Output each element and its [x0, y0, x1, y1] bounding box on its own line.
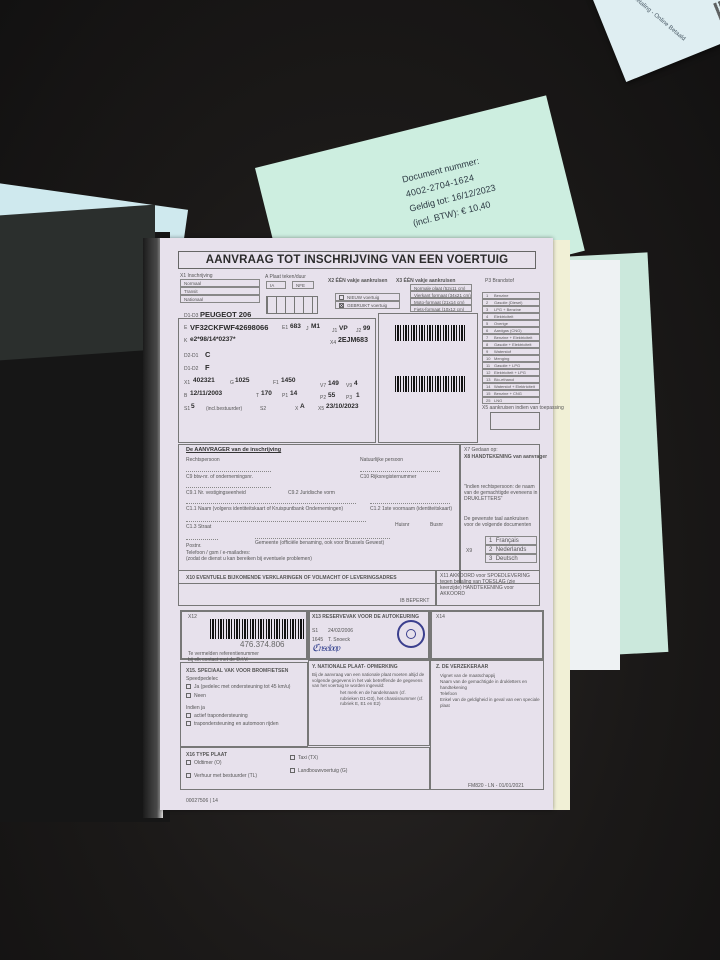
x14-section [430, 610, 544, 660]
language-option-francais[interactable]: 1 Français [485, 536, 537, 545]
x8-label: X8 HANDTEKENING van aanvrager [464, 454, 547, 460]
d1-d2-value: F [205, 363, 210, 372]
x12-label: X12 [188, 614, 197, 620]
y-text: Bij de aanvraag van een nationale plaat … [312, 672, 427, 689]
p1-label: P1 [282, 393, 288, 399]
background-paper-top-right: Voor Aanbetaling - Online Betaald [585, 0, 720, 82]
x1-value: 402321 [193, 377, 215, 384]
c9-input[interactable] [186, 466, 271, 472]
fuel-option[interactable]: 12Elektriciteit + LPG [482, 369, 540, 376]
inspector-signature: ℭ𝔫𝔰𝔢𝔩𝔬𝔬𝔭 [312, 643, 339, 654]
signature-language-section [460, 444, 540, 584]
j2-label: J2 [356, 328, 361, 334]
fuel-option[interactable]: 2Gasolie (Diesel) [482, 299, 540, 306]
x15-option-automoon[interactable]: trapondersteuning en automoon rijden [186, 721, 279, 727]
x16-option-landbouw[interactable]: Landbouwvoertuig (G) [290, 768, 347, 774]
a-label: A Plaat teken/duur [265, 274, 306, 280]
inspection-date: 24/02/2006 [328, 628, 353, 634]
c9-1-input[interactable] [186, 482, 271, 488]
x5-box-label: X5 aankruisen indien van toepassing [482, 405, 564, 411]
c1-2-label: C1.2 1ste voornaam (identiteitskaart) [370, 506, 452, 512]
form-code: FM820 - LN - 01/01/2021 [468, 783, 524, 789]
x5-signature-box[interactable] [490, 412, 540, 430]
x15-option-actief[interactable]: actief trapondersteuning [186, 713, 248, 719]
x11-label: X11 AKKOORD voor SPOEDLEVERING tegen bet… [440, 573, 538, 597]
x15-if-yes: Indien ja [186, 705, 205, 711]
vehicle-vin: VF32CKFWF42698066 [190, 323, 268, 332]
s1-value: 5 [191, 403, 195, 410]
barcode-1 [395, 325, 465, 341]
t-label: T [256, 393, 259, 399]
k-label: K [184, 338, 187, 344]
top-right-paper-text: Voor Aanbetaling - Online Betaald [613, 0, 686, 42]
first-registration-date: 12/11/2003 [190, 390, 222, 397]
x3-option-fiets[interactable]: Fiets-formaat (10x12 cm) [410, 305, 472, 312]
f1-value: 1450 [281, 377, 295, 384]
x10-note: IB BEPERKT [400, 598, 429, 604]
language-note: De gewenste taal aankruisen voor de volg… [464, 516, 538, 528]
x7-label: X7 Gedaan op: [464, 447, 498, 453]
p3-label: P3 Brandstof [485, 278, 514, 284]
x1-option-nationaal[interactable]: Nationaal [180, 295, 260, 303]
v9-value: 4 [354, 380, 358, 387]
v7-value: 149 [328, 380, 339, 387]
g-value: 1025 [235, 377, 249, 384]
fuel-option[interactable]: 10Menging [482, 355, 540, 362]
c1-1-input[interactable] [186, 498, 356, 504]
p3v-label: P3 [346, 395, 352, 401]
folder-flap [0, 205, 155, 361]
x3-option-moto[interactable]: Moto-formaat (21x14 cm) [410, 298, 472, 305]
x5-date: 23/10/2023 [326, 403, 359, 410]
g-label: G [230, 380, 234, 386]
postnr-input[interactable] [186, 534, 218, 540]
v7-label: V7 [320, 383, 326, 389]
j-value: M1 [311, 323, 320, 330]
c9-2-label: C9.2 Juridische vorm [288, 490, 335, 496]
x4-label: X4 [330, 340, 336, 346]
x15-label: X15. SPECIAAL VAK VOOR BROMFIETSEN [186, 668, 288, 674]
z-label: Z. DE VERZEKERAAR [436, 664, 488, 670]
x15-option-neen[interactable]: Neen [186, 693, 206, 699]
p2-value: 55 [328, 392, 335, 399]
e1-value: 683 [290, 323, 301, 330]
x1-option-normaal[interactable]: Normaal [180, 279, 260, 287]
f1-label: F1 [273, 380, 279, 386]
x10-label: X10 EVENTUELE BIJKOMENDE VERKLARINGEN OF… [186, 575, 397, 581]
fuel-option[interactable]: 3LPG + Benzine [482, 306, 540, 313]
c10-input[interactable] [360, 466, 440, 472]
gemeente-label: Gemeente (officiële benaming, ook voor B… [255, 540, 384, 546]
a-field-nfe[interactable]: NFE [292, 281, 314, 289]
form-title: AANVRAAG TOT INSCHRIJVING VAN EEN VOERTU… [178, 251, 536, 269]
applicant-heading: De AANVRAGER van de inschrijving [186, 447, 281, 453]
x16-label: X16 TYPE PLAAT [186, 752, 227, 758]
license-plate: 2EJM683 [338, 337, 368, 344]
s1-note: (incl.bestuurder) [206, 406, 242, 412]
c9-1-label: C9.1 Nr. vestigingseenheid [186, 490, 246, 496]
x2-label: X2 ÉÉN vakje aankruisen [328, 278, 387, 284]
x15-option-ja[interactable]: Ja (pedelec met ondersteuning tot 45 km/… [186, 684, 290, 690]
j2-value: 99 [363, 325, 370, 332]
j-label: J [306, 326, 309, 332]
e1-label: E1 [282, 325, 288, 331]
c1-3-label: C1.3 Straat [186, 524, 211, 530]
legal-person-note: "Indien rechtspersoon: de naam van de ge… [464, 484, 538, 502]
e-label: E [184, 325, 187, 331]
p3-value: 1 [356, 392, 360, 399]
fuel-option[interactable]: 9Waterstof [482, 348, 540, 355]
fuel-option[interactable]: 6Aardgas (CNG) [482, 327, 540, 334]
fuel-option[interactable]: 25LNG [482, 397, 540, 404]
plate-character-boxes[interactable] [266, 296, 318, 314]
d2-d1-label: D2-D1 [184, 353, 198, 359]
y-list: het merk en de handelsnaam (cf. rubrieke… [340, 690, 425, 707]
z-list: Vignet van de maatschappijNaam van de ge… [440, 673, 540, 709]
fuel-option[interactable]: 7Benzine + Elektriciteit [482, 334, 540, 341]
x13-label: X13 RESERVEVAK VOOR DE AUTOKEURING [312, 614, 419, 620]
registration-form: AANVRAAG TOT INSCHRIJVING VAN EEN VOERTU… [160, 238, 553, 810]
v9-label: V9 [346, 383, 352, 389]
fuel-option[interactable]: 5Overige [482, 320, 540, 327]
reference-number: 476.374.806 [240, 640, 285, 649]
d1-d2-label: D1-D2 [184, 366, 198, 372]
vehicle-make: PEUGEOT 206 [200, 310, 251, 319]
z-item: Enkel van de geldigheid in geval van een… [440, 697, 540, 709]
j1-value: VP [339, 325, 348, 332]
c1-1-label: C1.1 Naam (volgens identiteitskaart of K… [186, 506, 343, 512]
gemeente-input[interactable] [255, 533, 390, 539]
busnr-label: Busnr [430, 522, 443, 528]
x16-option-verhuur[interactable]: Verhuur met bestuurder (TL) [186, 773, 257, 779]
t-value: 170 [261, 390, 272, 397]
x15-sub: Speedpedelec [186, 676, 218, 682]
j1-label: J1 [332, 328, 337, 334]
x2-option-nieuw[interactable]: NIEUW voertuig [335, 293, 400, 301]
type-approval: e2*98/14*0237* [190, 336, 236, 343]
x9-label: X9 [466, 548, 472, 554]
c1-2-input[interactable] [370, 498, 450, 504]
c9-label: C9 btw-nr. of ondernemingsnr. [186, 474, 253, 480]
z-item: Naam van de gemachtigde in drukletters e… [440, 679, 540, 691]
a-field-ia[interactable]: IA [266, 281, 286, 289]
x2-option-gebruikt[interactable]: GEBRUIKT voertuig [335, 301, 400, 309]
language-option-deutsch[interactable]: 3 Deutsch [485, 554, 537, 563]
legal-person-label: Rechtspersoon [186, 457, 220, 463]
barcode-2 [395, 376, 465, 392]
x-value: A [300, 403, 305, 410]
p2-label: P2 [320, 395, 326, 401]
x12-barcode [210, 619, 305, 639]
huisnr-label: Huisnr [395, 522, 409, 528]
x16-option-oldtimer[interactable]: Oldtimer (O) [186, 760, 222, 766]
natural-person-label: Natuurlijke persoon [360, 457, 403, 463]
fuel-option[interactable]: 13Bio-ethanol [482, 376, 540, 383]
x-label: X [295, 406, 298, 412]
fuel-option[interactable]: 11Gasolie + LPG [482, 362, 540, 369]
c1-3-input[interactable] [186, 516, 366, 522]
language-option-nederlands[interactable]: 2 Nederlands [485, 545, 537, 554]
fuel-option[interactable]: 4Elektriciteit [482, 313, 540, 320]
fuel-option[interactable]: 8Gasolie + Elektriciteit [482, 341, 540, 348]
x1-option-transit[interactable]: Transit [180, 287, 260, 295]
y-label: Y. NATIONALE PLAAT- OPMERKING [312, 664, 398, 670]
x5-label: X5 [318, 406, 324, 412]
s1-label: S1 [184, 406, 190, 412]
fuel-option[interactable]: 1Benzine [482, 292, 540, 299]
s2-label: S2 [260, 406, 266, 412]
x13-s1-label: S1 [312, 628, 318, 634]
c10-label: C10 Rijksregisternummer [360, 474, 416, 480]
fuel-option[interactable]: 14Waterstof + Elektriciteit [482, 383, 540, 390]
applicant-section [178, 444, 460, 584]
d2-d1-value: C [205, 350, 210, 359]
fuel-option[interactable]: 15Benzine + CNG [482, 390, 540, 397]
b-label: B [184, 393, 187, 399]
postnr-label: Postnr. [186, 543, 202, 549]
fuel-type-list: 1Benzine2Gasolie (Diesel)3LPG + Benzine4… [482, 292, 540, 404]
x14-label: X14 [436, 614, 445, 620]
form-serial: 00027506 | 14 [186, 798, 218, 804]
x3-option-normale-plaat[interactable]: Normale plaat (52x11 cm) [410, 284, 472, 291]
d1-d3-label: D1-D3 [184, 313, 198, 319]
qr-code-icon [713, 0, 720, 28]
x16-option-taxi[interactable]: Taxi (TX) [290, 755, 318, 761]
x1v-label: X1 [184, 380, 190, 386]
inspection-stamp-icon [397, 620, 425, 648]
x3-option-vierkant[interactable]: Vierkant formaat (34x21 cm) [410, 291, 472, 298]
p1-value: 14 [290, 390, 297, 397]
telefoon-note: (zodat de dienst u kan bereiken bij even… [186, 556, 312, 562]
